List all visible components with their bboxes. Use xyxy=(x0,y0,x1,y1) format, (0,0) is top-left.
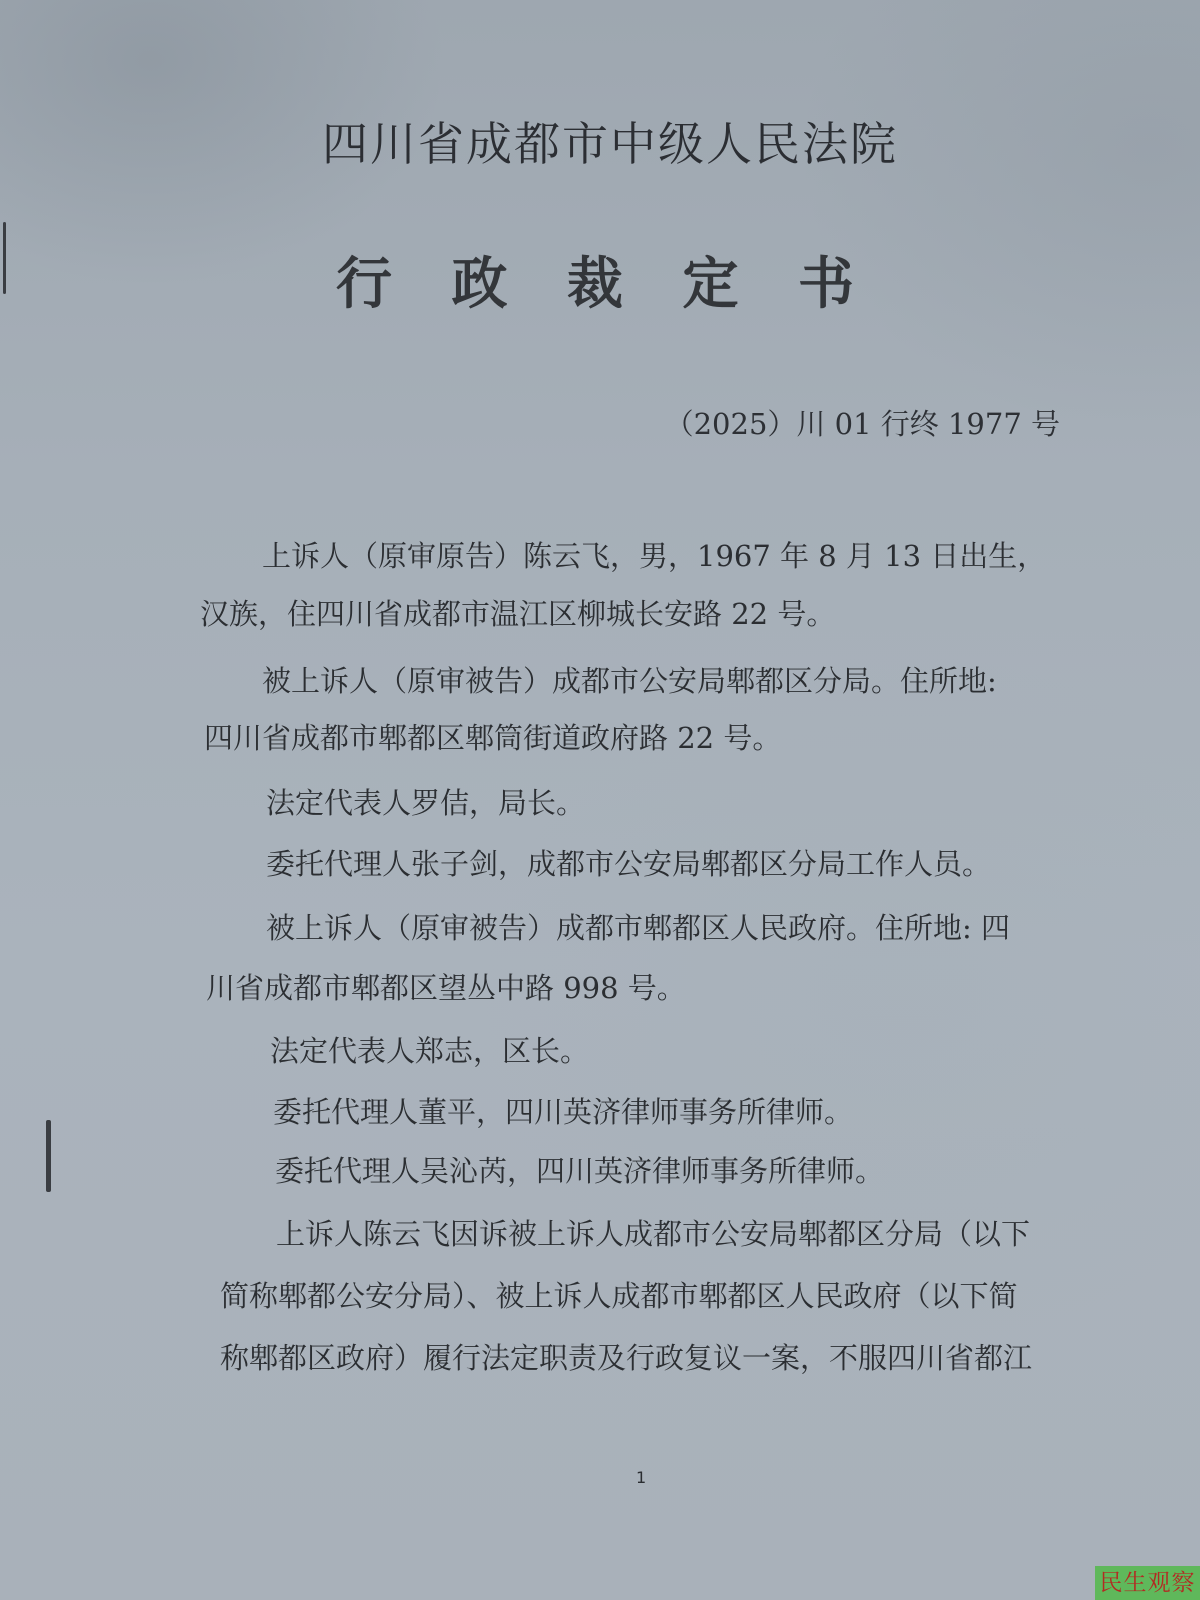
court-name: 四川省成都市中级人民法院 xyxy=(0,108,1200,174)
page-number: 1 xyxy=(636,1468,646,1487)
document-page: 四川省成都市中级人民法院 行 政 裁 定 书 （2025）川 01 行终 197… xyxy=(0,0,1200,1600)
body-line: 上诉人陈云飞因诉被上诉人成都市公安局郫都区分局（以下 xyxy=(276,1218,1030,1250)
body-line: 委托代理人董平，四川英济律师事务所律师。 xyxy=(273,1096,853,1128)
body-line: 法定代表人郑志，区长。 xyxy=(270,1035,589,1067)
body-line: 法定代表人罗佶，局长。 xyxy=(266,787,585,819)
body-line: 川省成都市郫都区望丛中路 998 号。 xyxy=(206,972,686,1004)
body-line: 上诉人（原审原告）陈云飞，男，1967 年 8 月 13 日出生， xyxy=(262,540,1046,572)
body-line: 四川省成都市郫都区郫筒街道政府路 22 号。 xyxy=(204,722,781,754)
body-line: 被上诉人（原审被告）成都市公安局郫都区分局。住所地: xyxy=(262,665,997,697)
body-line: 被上诉人（原审被告）成都市郫都区人民政府。住所地: 四 xyxy=(266,912,1010,944)
body-line: 称郫都区政府）履行法定职责及行政复议一案，不服四川省都江 xyxy=(220,1342,1032,1374)
body-line: 简称郫都公安分局）、被上诉人成都市郫都区人民政府（以下简 xyxy=(220,1280,1018,1312)
body-line: 委托代理人吴沁芮，四川英济律师事务所律师。 xyxy=(275,1155,884,1187)
watermark-label: 民生观察 xyxy=(1095,1566,1200,1600)
case-number: （2025）川 01 行终 1977 号 xyxy=(665,402,1060,443)
body-line: 汉族，住四川省成都市温江区柳城长安路 22 号。 xyxy=(200,598,835,630)
binder-hole-mark-bottom xyxy=(46,1120,51,1192)
document-type-title: 行 政 裁 定 书 xyxy=(0,240,1200,320)
body-line: 委托代理人张子剑，成都市公安局郫都区分局工作人员。 xyxy=(266,848,991,880)
